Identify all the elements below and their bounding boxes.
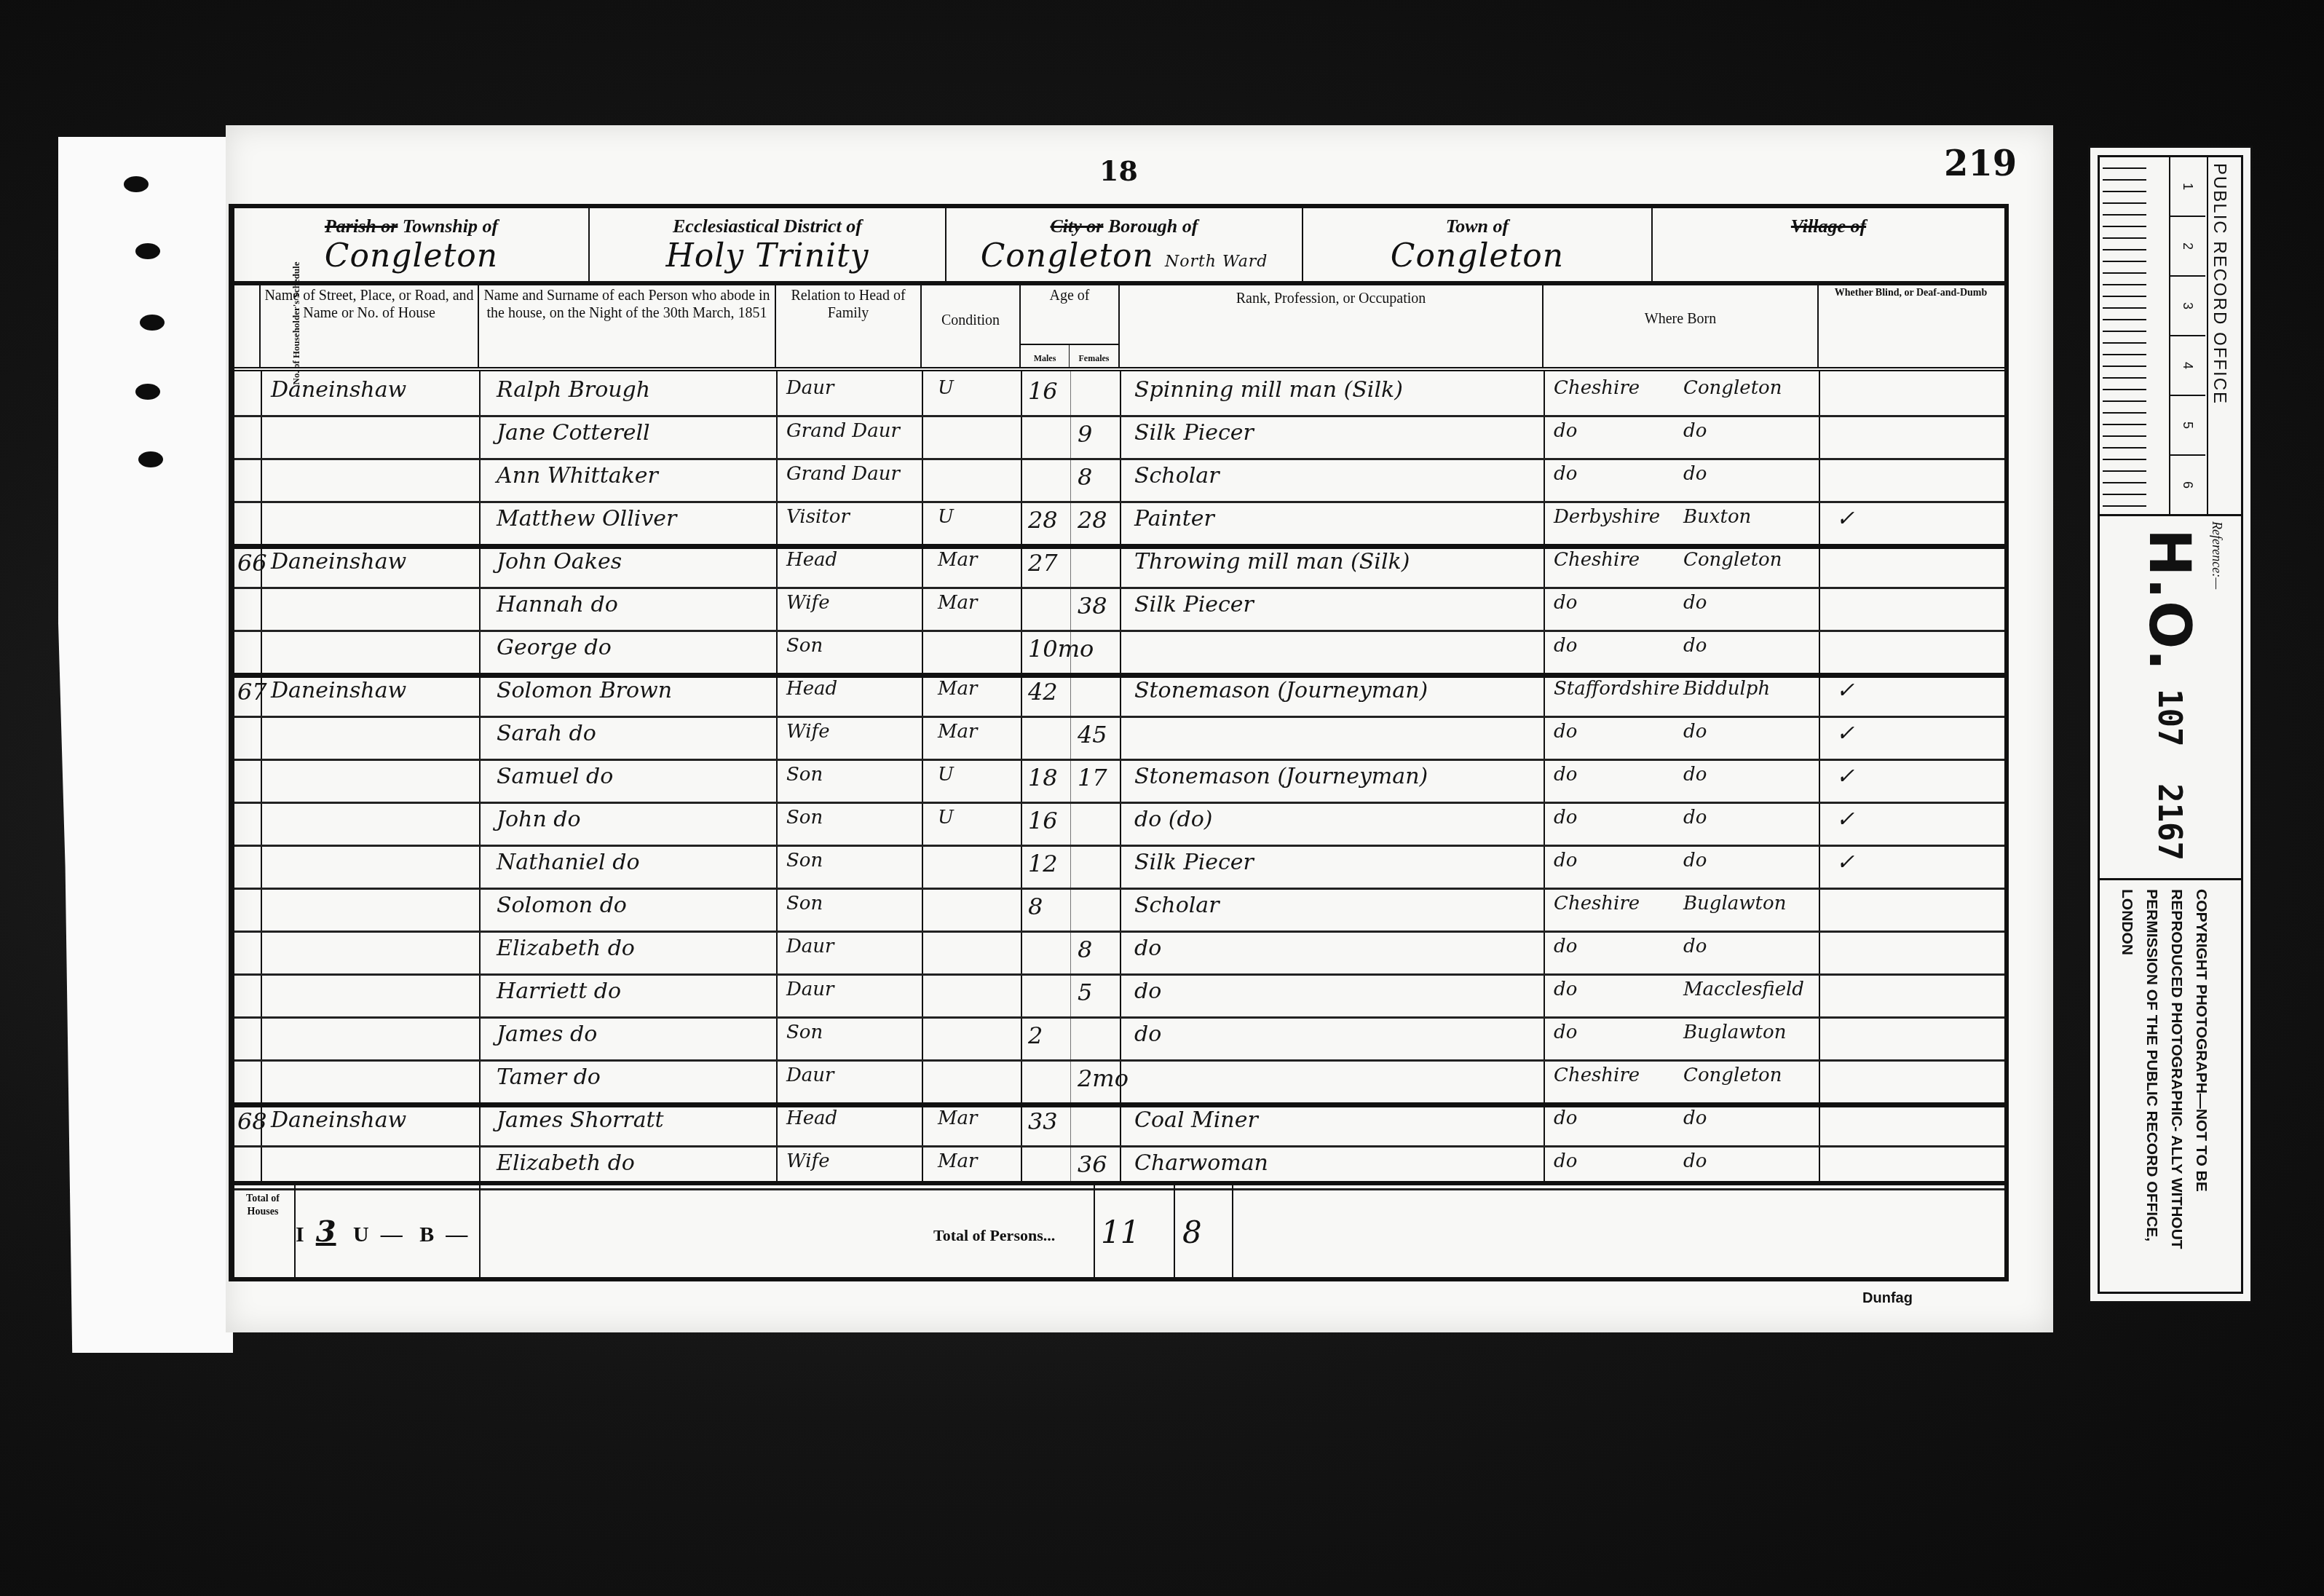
- relation-cell: Son: [786, 635, 823, 657]
- ecclesiastical-cell: Ecclesiastical District of Holy Trinity: [590, 208, 946, 281]
- punch-hole-icon: [124, 176, 149, 192]
- table-row: Tamer doDaur2moCheshireCongleton: [234, 1059, 2004, 1107]
- ecclesiastical-value: Holy Trinity: [590, 237, 945, 274]
- ruler-ticks: [2103, 157, 2146, 514]
- condition-cell: Mar: [938, 592, 978, 614]
- copyright-notice: COPYRIGHT PHOTOGRAPH—NOT TO BE REPRODUCE…: [2100, 882, 2241, 1300]
- born-place-cell: Biddulph: [1683, 678, 1770, 700]
- born-place-cell: do: [1683, 721, 1707, 743]
- totals-row: Total of Houses I3 U— B— Total of Person…: [234, 1181, 2004, 1277]
- blind-deaf-mark: ✓: [1836, 850, 1854, 875]
- table-row: DaneinshawRalph BroughDaurU16Spinning mi…: [234, 371, 2004, 417]
- reference-piece: 2167: [2151, 783, 2188, 861]
- relation-cell: Wife: [786, 721, 830, 743]
- blind-deaf-mark: ✓: [1836, 721, 1854, 746]
- total-persons-label: Total of Persons...: [933, 1226, 1055, 1245]
- female-age-cell: 5: [1078, 979, 1092, 1006]
- born-place-cell: do: [1683, 1150, 1707, 1172]
- folio-number-right: 219: [1944, 143, 2017, 184]
- born-place-cell: Buglawton: [1683, 893, 1786, 914]
- occupation-cell: do: [1134, 979, 1161, 1004]
- uninhabited-label: U: [353, 1222, 369, 1247]
- relation-cell: Son: [786, 807, 823, 829]
- town-label: Town of: [1303, 216, 1651, 237]
- pro-reference: Reference:— H.O. 107 2167: [2100, 514, 2241, 880]
- occupation-cell: Silk Piecer: [1134, 420, 1254, 446]
- person-name-cell: Solomon do: [497, 893, 627, 918]
- person-name-cell: Elizabeth do: [497, 1150, 635, 1176]
- occupation-cell: Scholar: [1134, 893, 1220, 918]
- street-cell: Daneinshaw: [271, 549, 406, 574]
- schedule-no-cell: 68: [237, 1107, 267, 1135]
- census-page: 18 219 Parish or Township of Congleton E…: [226, 125, 2053, 1332]
- relation-cell: Wife: [786, 592, 830, 614]
- total-males: 11: [1101, 1214, 1139, 1250]
- form-header: Parish or Township of Congleton Ecclesia…: [234, 208, 2004, 285]
- born-county-cell: do: [1554, 592, 1577, 614]
- borough-label: Borough of: [1108, 216, 1198, 237]
- city-struck-label: City or: [1051, 216, 1104, 237]
- pro-ruler: 1 2 3 4 5 6 PUBLIC RECORD OFFICE: [2100, 157, 2241, 516]
- person-name-cell: Nathaniel do: [497, 850, 639, 875]
- born-place-cell: Macclesfield: [1683, 979, 1804, 1000]
- table-row: Elizabeth doDaur8dododo: [234, 930, 2004, 976]
- col-where-born: Where Born: [1544, 281, 1819, 367]
- census-form: Parish or Township of Congleton Ecclesia…: [229, 204, 2009, 1281]
- col-males: Males: [1021, 344, 1070, 367]
- male-age-cell: 12: [1028, 850, 1058, 877]
- male-age-cell: 28: [1028, 506, 1058, 534]
- born-place-cell: Congleton: [1683, 1064, 1782, 1086]
- born-county-cell: do: [1554, 635, 1577, 657]
- born-county-cell: do: [1554, 1150, 1577, 1172]
- occupation-cell: Painter: [1134, 506, 1214, 532]
- inhabited-label: I: [296, 1222, 304, 1247]
- building-count: —: [446, 1222, 467, 1247]
- borough-ward-annotation: North Ward: [1165, 253, 1268, 271]
- born-county-cell: Derbyshire: [1554, 506, 1660, 528]
- born-county-cell: Cheshire: [1554, 1064, 1640, 1086]
- born-county-cell: Staffordshire: [1554, 678, 1680, 700]
- reference-class: 107: [2151, 689, 2188, 746]
- female-age-cell: 2mo: [1078, 1064, 1129, 1092]
- born-county-cell: do: [1554, 936, 1577, 957]
- born-place-cell: do: [1683, 635, 1707, 657]
- male-age-cell: 18: [1028, 764, 1058, 791]
- table-row: 67DaneinshawSolomon BrownHeadMar42Stonem…: [234, 672, 2004, 718]
- total-females: 8: [1182, 1214, 1202, 1250]
- punch-hole-icon: [135, 243, 160, 259]
- township-label: Township of: [403, 216, 498, 237]
- condition-cell: Mar: [938, 721, 978, 743]
- table-row: James doSon2dodoBuglawton: [234, 1016, 2004, 1062]
- table-row: Samuel doSonU1817Stonemason (Journeyman)…: [234, 758, 2004, 804]
- building-label: B: [419, 1222, 434, 1247]
- born-place-cell: do: [1683, 936, 1707, 957]
- punch-hole-icon: [138, 451, 163, 467]
- town-cell: Town of Congleton: [1303, 208, 1653, 281]
- relation-cell: Head: [786, 1107, 837, 1129]
- total-houses-values: I3 U— B—: [296, 1214, 479, 1249]
- census-entries: DaneinshawRalph BroughDaurU16Spinning mi…: [234, 371, 2004, 1185]
- born-county-cell: do: [1554, 764, 1577, 786]
- blind-deaf-mark: ✓: [1836, 807, 1854, 832]
- person-name-cell: Ralph Brough: [497, 377, 650, 403]
- blind-deaf-mark: ✓: [1836, 678, 1854, 703]
- col-females: Females: [1070, 344, 1118, 367]
- folio-number-left: 18: [1099, 154, 1138, 187]
- col-street: Name of Street, Place, or Road, and Name…: [261, 281, 479, 367]
- relation-cell: Son: [786, 1022, 823, 1043]
- occupation-cell: Silk Piecer: [1134, 592, 1254, 617]
- village-struck-label: Village of: [1653, 216, 2004, 237]
- person-name-cell: Harriett do: [497, 979, 621, 1004]
- male-age-cell: 8: [1028, 893, 1043, 920]
- male-age-cell: 33: [1028, 1107, 1058, 1135]
- born-county-cell: do: [1554, 979, 1577, 1000]
- occupation-cell: do: [1134, 936, 1161, 961]
- born-county-cell: do: [1554, 850, 1577, 872]
- reference-label: Reference:—: [2209, 521, 2224, 589]
- born-place-cell: Buxton: [1683, 506, 1751, 528]
- occupation-cell: Scholar: [1134, 463, 1220, 489]
- person-name-cell: Samuel do: [497, 764, 613, 789]
- born-place-cell: Congleton: [1683, 549, 1782, 571]
- reference-code: H.O.: [2136, 529, 2202, 672]
- person-name-cell: James do: [497, 1022, 597, 1047]
- person-name-cell: John Oakes: [497, 549, 622, 574]
- borough-value: Congleton: [981, 237, 1154, 274]
- table-row: Ann WhittakerGrand Daur8Scholardodo: [234, 457, 2004, 503]
- pro-title: PUBLIC RECORD OFFICE: [2209, 163, 2229, 405]
- relation-cell: Head: [786, 678, 837, 700]
- table-row: 66DaneinshawJohn OakesHeadMar27Throwing …: [234, 543, 2004, 589]
- parish-struck-label: Parish or: [325, 216, 398, 237]
- relation-cell: Daur: [786, 377, 834, 399]
- born-county-cell: do: [1554, 420, 1577, 442]
- col-blind-deaf: Whether Blind, or Deaf-and-Dumb: [1819, 281, 2003, 367]
- table-row: George doSon10mododo: [234, 629, 2004, 678]
- born-place-cell: do: [1683, 420, 1707, 442]
- inhabited-count: 3: [316, 1214, 336, 1249]
- born-county-cell: Cheshire: [1554, 377, 1640, 399]
- occupation-cell: Stonemason (Journeyman): [1134, 678, 1428, 703]
- occupation-cell: do: [1134, 1022, 1161, 1047]
- person-name-cell: Ann Whittaker: [497, 463, 658, 489]
- male-age-cell: 2: [1028, 1022, 1043, 1049]
- person-name-cell: John do: [497, 807, 581, 832]
- pro-reference-label: 1 2 3 4 5 6 PUBLIC RECORD OFFICE Referen…: [2088, 146, 2253, 1303]
- occupation-cell: Charwoman: [1134, 1150, 1268, 1176]
- col-age: Age of Males Females: [1021, 281, 1120, 367]
- born-place-cell: do: [1683, 592, 1707, 614]
- col-condition: Condition: [922, 281, 1021, 367]
- relation-cell: Grand Daur: [786, 463, 900, 485]
- table-row: Solomon doSon8ScholarCheshireBuglawton: [234, 887, 2004, 933]
- female-age-cell: 28: [1078, 506, 1107, 534]
- female-age-cell: 9: [1078, 420, 1092, 448]
- born-county-cell: do: [1554, 1107, 1577, 1129]
- village-cell: Village of: [1653, 208, 2004, 281]
- occupation-cell: Stonemason (Journeyman): [1134, 764, 1428, 789]
- street-cell: Daneinshaw: [271, 377, 406, 403]
- relation-cell: Son: [786, 764, 823, 786]
- relation-cell: Daur: [786, 979, 834, 1000]
- table-row: John doSonU16do (do)dodo✓: [234, 801, 2004, 847]
- table-row: Nathaniel doSon12Silk Piecerdodo✓: [234, 844, 2004, 890]
- female-age-cell: 8: [1078, 463, 1092, 491]
- person-name-cell: Elizabeth do: [497, 936, 635, 961]
- total-houses-label: Total of Houses: [237, 1193, 288, 1219]
- footer-stamp: Dunfag: [1862, 1290, 1913, 1307]
- table-row: Hannah doWifeMar38Silk Piecerdodo: [234, 586, 2004, 632]
- born-place-cell: do: [1683, 764, 1707, 786]
- occupation-cell: do (do): [1134, 807, 1212, 832]
- uninhabited-count: —: [381, 1222, 403, 1247]
- female-age-cell: 36: [1078, 1150, 1107, 1178]
- col-name: Name and Surname of each Person who abod…: [479, 281, 776, 367]
- blind-deaf-mark: ✓: [1836, 506, 1854, 532]
- born-place-cell: do: [1683, 850, 1707, 872]
- condition-cell: U: [938, 764, 954, 786]
- male-age-cell: 10mo: [1028, 635, 1094, 663]
- person-name-cell: Tamer do: [497, 1064, 601, 1090]
- condition-cell: Mar: [938, 1107, 978, 1129]
- blind-deaf-mark: ✓: [1836, 764, 1854, 789]
- table-row: Harriett doDaur5dodoMacclesfield: [234, 973, 2004, 1019]
- born-place-cell: do: [1683, 1107, 1707, 1129]
- male-age-cell: 16: [1028, 807, 1058, 834]
- relation-cell: Son: [786, 893, 823, 914]
- column-headings: No. of Householder's Schedule Name of St…: [234, 281, 2004, 371]
- condition-cell: U: [938, 377, 954, 399]
- born-county-cell: Cheshire: [1554, 893, 1640, 914]
- table-row: Sarah doWifeMar45dodo✓: [234, 715, 2004, 761]
- born-county-cell: do: [1554, 463, 1577, 485]
- condition-cell: U: [938, 506, 954, 528]
- condition-cell: Mar: [938, 549, 978, 571]
- table-row: Jane CotterellGrand Daur9Silk Piecerdodo: [234, 414, 2004, 460]
- relation-cell: Head: [786, 549, 837, 571]
- col-relation: Relation to Head of Family: [776, 281, 922, 367]
- street-cell: Daneinshaw: [271, 678, 406, 703]
- born-county-cell: do: [1554, 721, 1577, 743]
- born-place-cell: Buglawton: [1683, 1022, 1786, 1043]
- relation-cell: Wife: [786, 1150, 830, 1172]
- street-cell: Daneinshaw: [271, 1107, 406, 1133]
- punch-hole-icon: [140, 315, 165, 331]
- person-name-cell: Jane Cotterell: [497, 420, 650, 446]
- schedule-no-cell: 67: [237, 678, 267, 706]
- condition-cell: Mar: [938, 678, 978, 700]
- relation-cell: Visitor: [786, 506, 850, 528]
- born-county-cell: Cheshire: [1554, 549, 1640, 571]
- town-value: Congleton: [1303, 237, 1651, 274]
- punch-hole-icon: [135, 384, 160, 400]
- occupation-cell: Spinning mill man (Silk): [1134, 377, 1403, 403]
- occupation-cell: Throwing mill man (Silk): [1134, 549, 1410, 574]
- person-name-cell: George do: [497, 635, 612, 660]
- condition-cell: Mar: [938, 1150, 978, 1172]
- person-name-cell: Sarah do: [497, 721, 596, 746]
- col-schedule-no: No. of Householder's Schedule: [234, 281, 261, 367]
- ecclesiastical-label: Ecclesiastical District of: [590, 216, 945, 237]
- person-name-cell: James Shorratt: [497, 1107, 664, 1133]
- born-place-cell: Congleton: [1683, 377, 1782, 399]
- table-row: Matthew OlliverVisitorU2828PainterDerbys…: [234, 500, 2004, 549]
- person-name-cell: Solomon Brown: [497, 678, 672, 703]
- female-age-cell: 17: [1078, 764, 1107, 791]
- table-row: 68DaneinshawJames ShorrattHeadMar33Coal …: [234, 1102, 2004, 1147]
- female-age-cell: 8: [1078, 936, 1092, 963]
- schedule-no-cell: 66: [237, 549, 267, 577]
- condition-cell: U: [938, 807, 954, 829]
- female-age-cell: 38: [1078, 592, 1107, 620]
- borough-cell: City or Borough of Congleton North Ward: [946, 208, 1303, 281]
- age-of-label: Age of: [1050, 288, 1090, 304]
- male-age-cell: 16: [1028, 377, 1058, 405]
- born-place-cell: do: [1683, 463, 1707, 485]
- occupation-cell: Coal Miner: [1134, 1107, 1258, 1133]
- born-county-cell: do: [1554, 1022, 1577, 1043]
- person-name-cell: Hannah do: [497, 592, 618, 617]
- ruler-scale: 1 2 3 4 5 6: [2169, 157, 2208, 514]
- born-county-cell: do: [1554, 807, 1577, 829]
- col-occupation: Rank, Profession, or Occupation: [1120, 281, 1544, 367]
- male-age-cell: 42: [1028, 678, 1058, 706]
- person-name-cell: Matthew Olliver: [497, 506, 676, 532]
- relation-cell: Daur: [786, 1064, 834, 1086]
- relation-cell: Daur: [786, 936, 834, 957]
- born-place-cell: do: [1683, 807, 1707, 829]
- relation-cell: Grand Daur: [786, 420, 900, 442]
- female-age-cell: 45: [1078, 721, 1107, 748]
- occupation-cell: Silk Piecer: [1134, 850, 1254, 875]
- relation-cell: Son: [786, 850, 823, 872]
- male-age-cell: 27: [1028, 549, 1058, 577]
